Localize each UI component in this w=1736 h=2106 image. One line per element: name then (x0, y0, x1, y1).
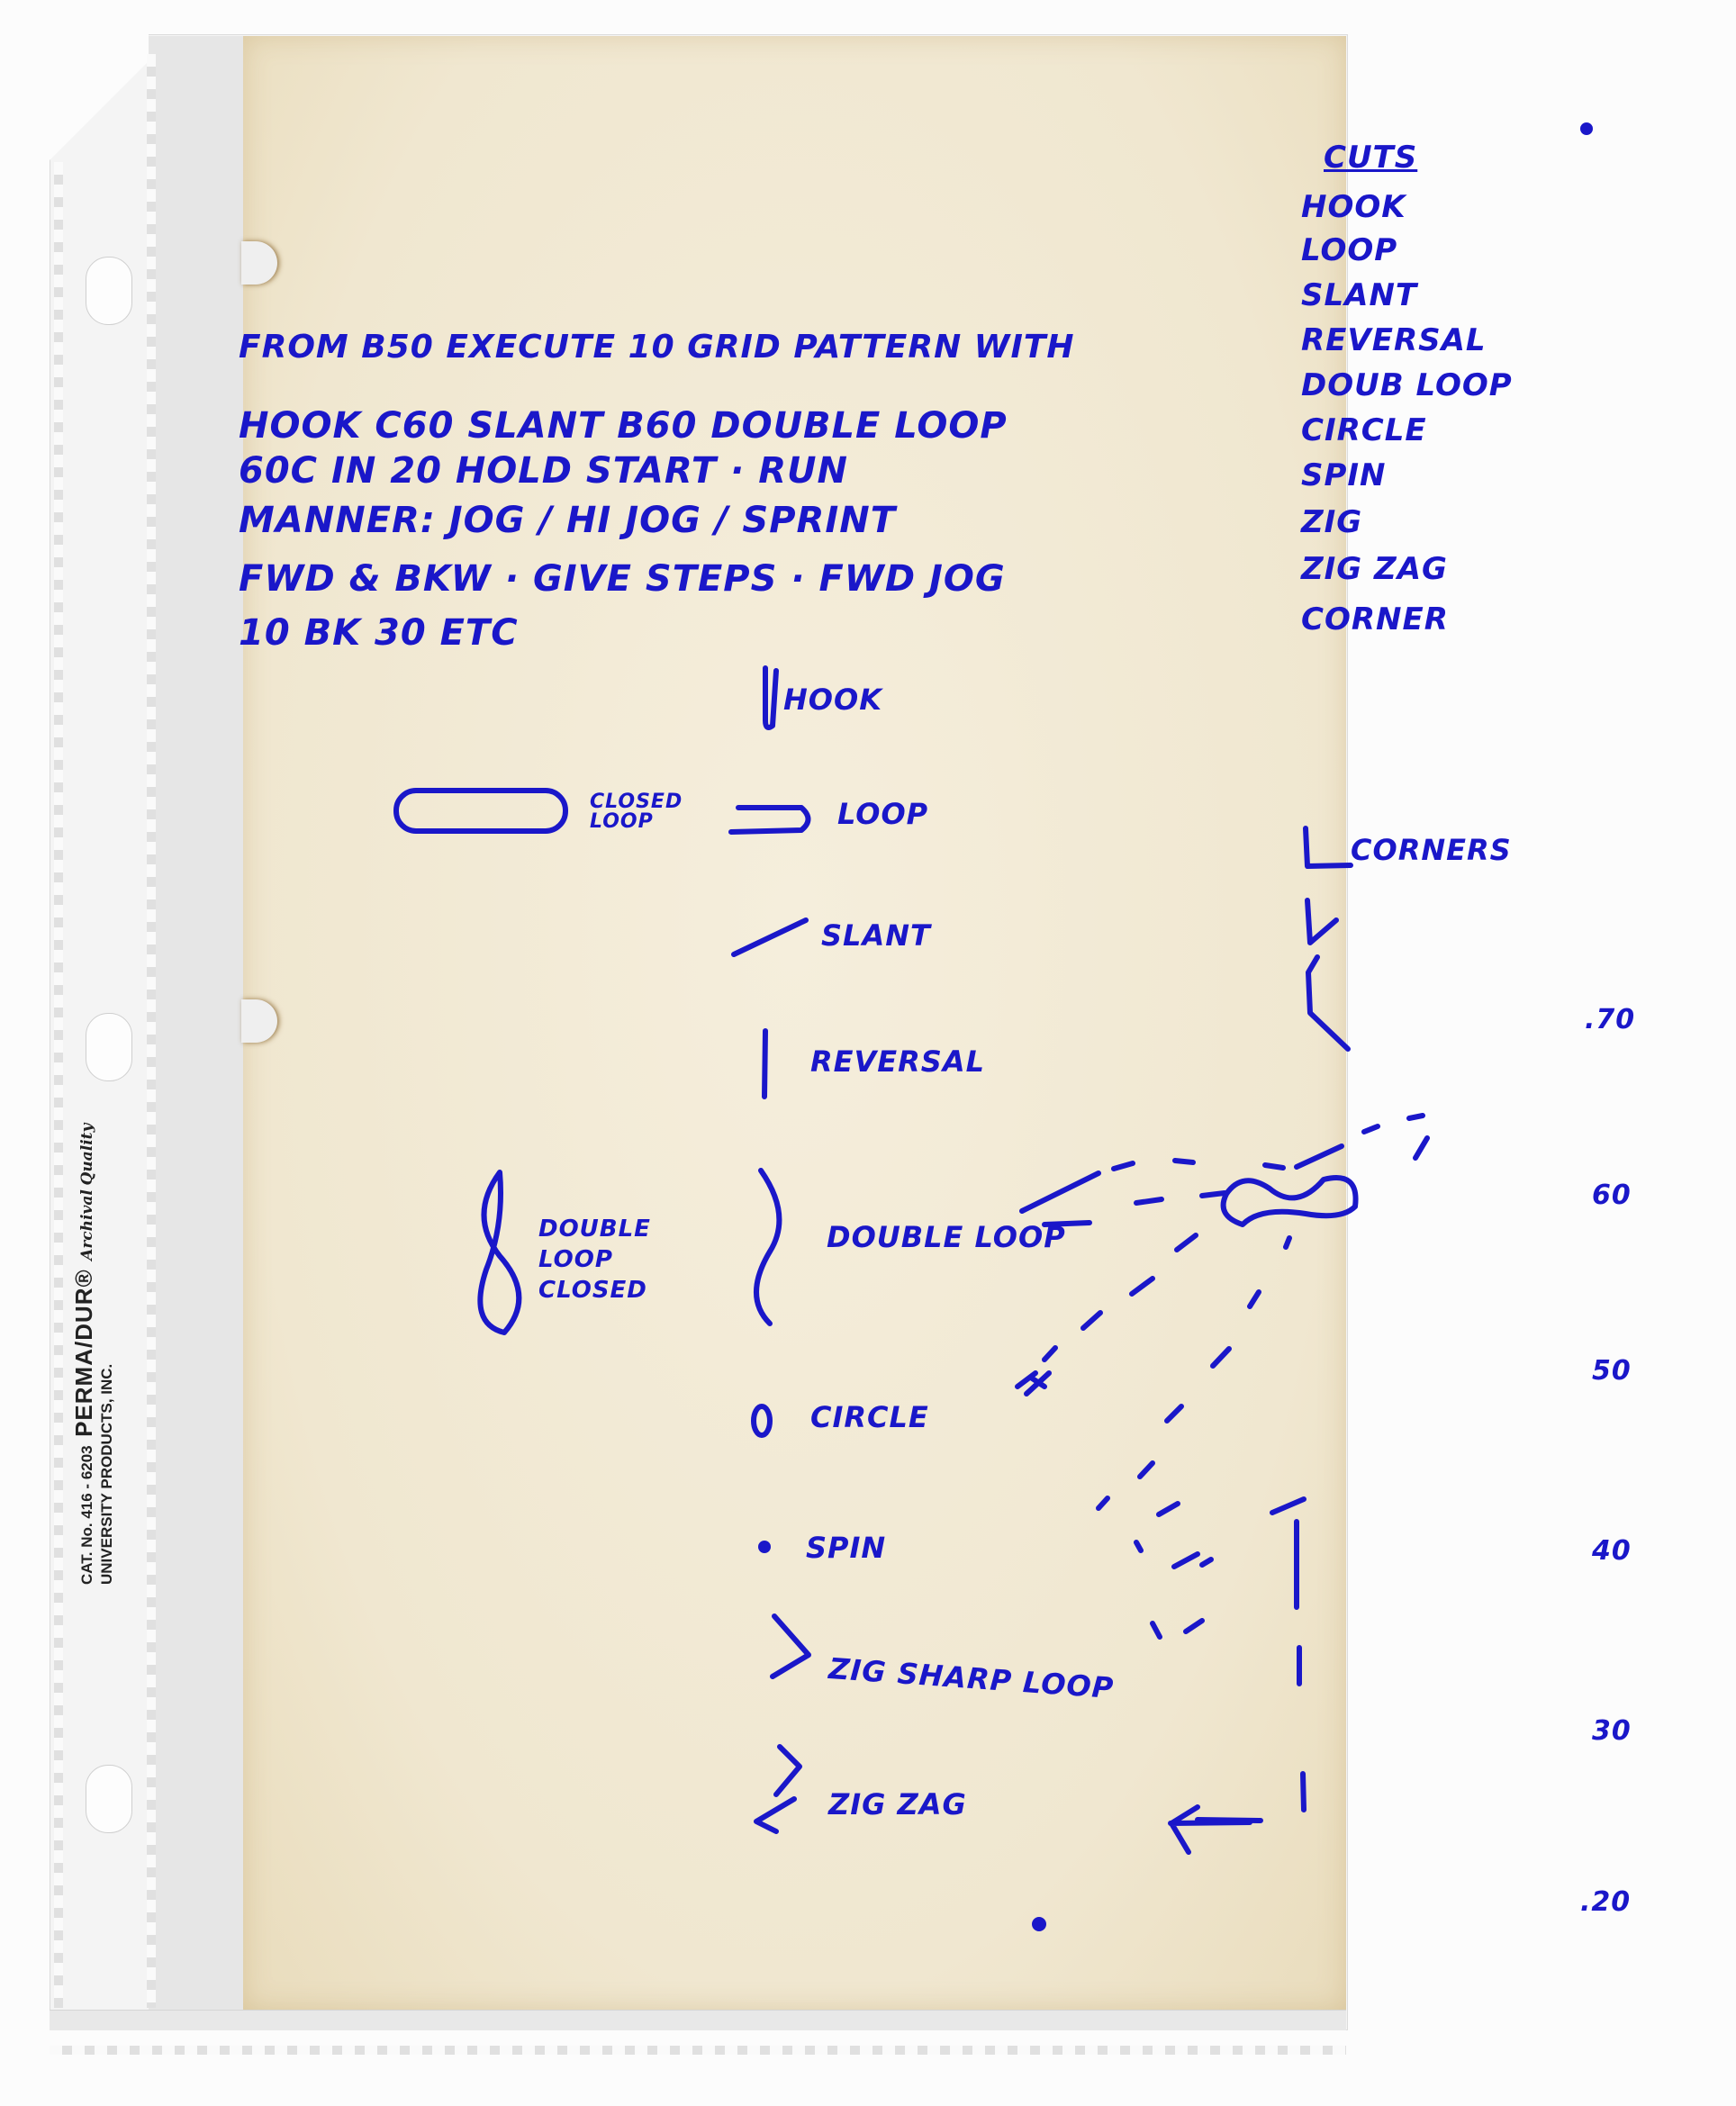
spin-route-icon (761, 1543, 768, 1550)
route-diagrams (0, 0, 1736, 2106)
zig-route-icon (773, 1616, 809, 1677)
double-loop-closed-icon (480, 1172, 519, 1333)
corner-bent-icon (1308, 957, 1348, 1049)
corner-l-icon (1306, 828, 1351, 866)
figure-eight-icon (1224, 1178, 1356, 1225)
x-mark-icon (1026, 1373, 1049, 1394)
hook-route-icon (765, 668, 776, 728)
loop-route-icon (731, 808, 809, 832)
circle-route-icon (754, 1406, 770, 1435)
closed-loop-icon (396, 791, 565, 831)
slant-route-icon (734, 920, 806, 954)
double-loop-route-icon (756, 1171, 779, 1324)
corner-v-icon (1307, 900, 1336, 943)
play-diagram (1017, 125, 1590, 1929)
arrow-left-icon (1171, 1807, 1250, 1852)
reversal-route-icon (764, 1031, 765, 1097)
zig-zag-route-icon (756, 1747, 800, 1831)
